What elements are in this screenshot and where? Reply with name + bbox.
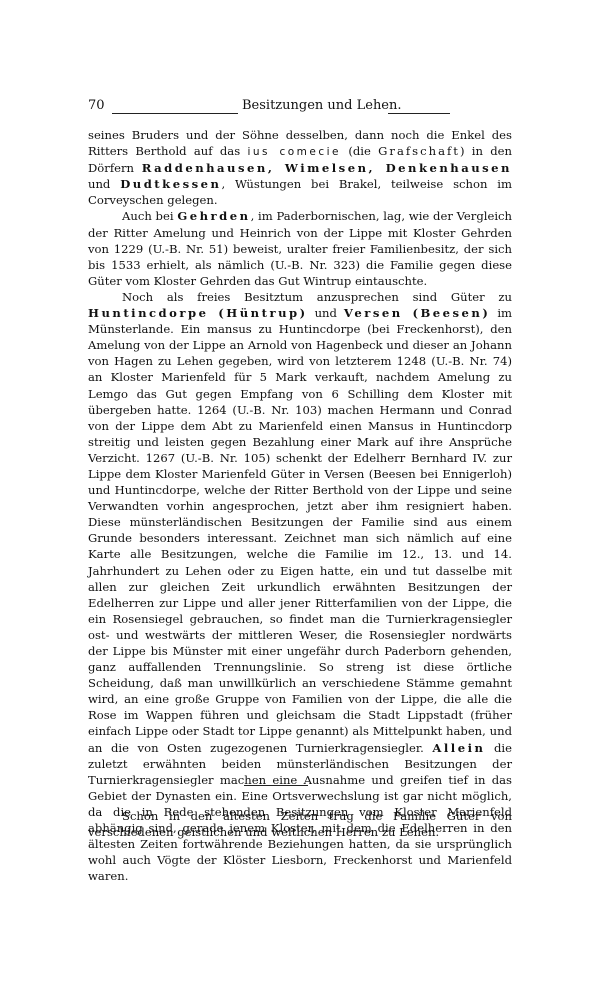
- emphasized-name: Huntincdorpe (Hüntrup): [88, 306, 308, 320]
- main-text: seines Bruders und der Söhne desselben, …: [88, 127, 512, 884]
- page-number: 70: [88, 98, 105, 113]
- paragraph: Noch als freies Besitztum anzusprechen s…: [88, 289, 512, 884]
- emphasized-name: Gehrden: [177, 209, 250, 223]
- second-section-paragraph: Schon in den ältesten Zeiten trug die Fa…: [88, 808, 512, 840]
- head-rule-right: [388, 113, 450, 114]
- running-head: 70 Besitzungen und Lehen.: [88, 98, 512, 116]
- emphasized-name: Dudtkessen: [120, 177, 221, 191]
- latin-term: ius comecie: [247, 146, 341, 158]
- text-run: im Münsterlande. Ein mansus zu Huntincdo…: [88, 306, 512, 755]
- emphasized-name: Versen (Beesen): [344, 306, 490, 320]
- emphasized-name: Allein: [432, 741, 485, 755]
- text-run: und: [308, 306, 344, 320]
- text-run: Noch als freies Besitztum anzusprechen s…: [122, 290, 512, 304]
- running-head-title: Besitzungen und Lehen.: [242, 98, 402, 113]
- emphasized-name: Raddenhausen, Wimelsen, Denkenhausen: [142, 161, 512, 175]
- paragraph: seines Bruders und der Söhne desselben, …: [88, 127, 512, 208]
- book-page: 70 Besitzungen und Lehen. seines Bruders…: [88, 0, 512, 982]
- text-run: Auch bei: [122, 209, 177, 223]
- text-run: und: [88, 177, 120, 191]
- section-separator-rule: [244, 785, 308, 786]
- head-rule-left: [112, 113, 238, 114]
- paragraph: Auch bei Gehrden, im Paderbornischen, la…: [88, 208, 512, 288]
- text-run: (die: [341, 144, 378, 158]
- spaced-term: Grafschaft: [378, 144, 460, 158]
- second-section: Schon in den ältesten Zeiten trug die Fa…: [88, 808, 512, 840]
